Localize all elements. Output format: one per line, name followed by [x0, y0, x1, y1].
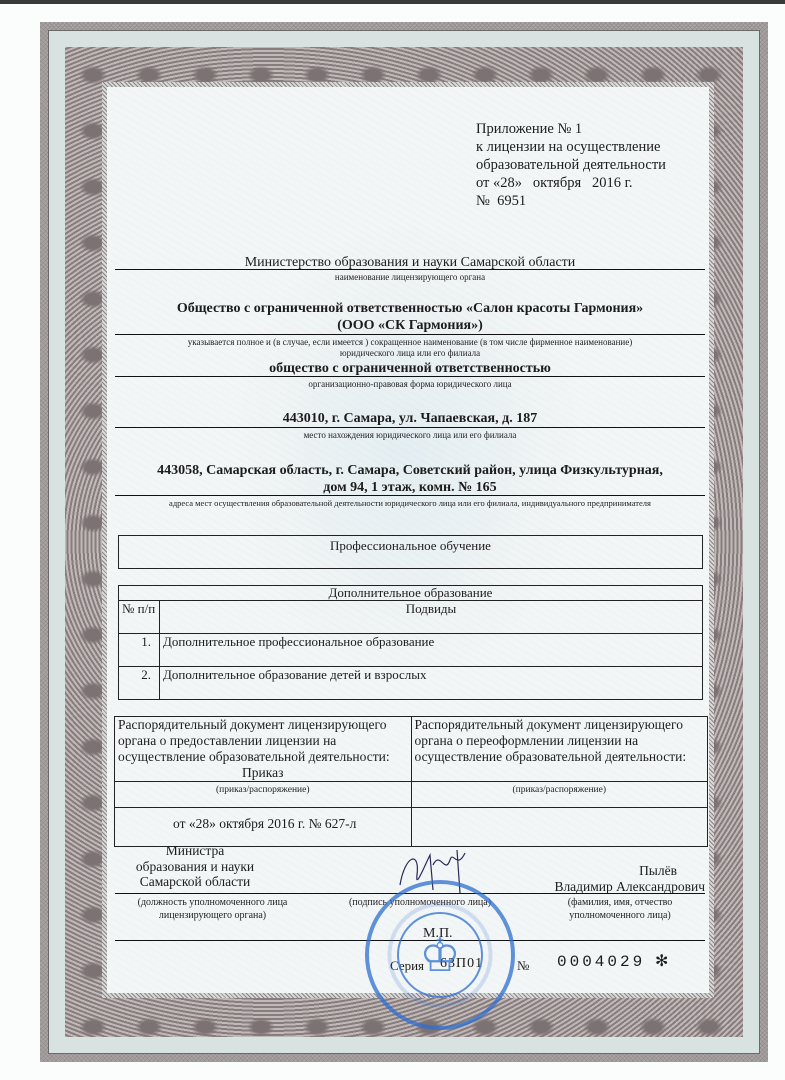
- appendix-line-2: к лицензии на осуществление: [476, 138, 696, 156]
- licensee-caption-2: юридического лица или его филиала: [115, 348, 705, 359]
- grant-order-type-caption: (приказ/распоряжение): [115, 782, 412, 808]
- reissue-order-type-caption: (приказ/распоряжение): [411, 782, 708, 808]
- column-number-header: № п/п: [119, 601, 160, 634]
- additional-education-title: Дополнительное образование: [119, 586, 703, 601]
- row-name: Дополнительное образование детей и взрос…: [160, 667, 703, 700]
- appendix-line-1: Приложение № 1: [476, 120, 696, 138]
- column-subtypes-header: Подвиды: [160, 601, 703, 634]
- asterisk-mark: ✻: [655, 953, 668, 970]
- row-name: Дополнительное профессиональное образова…: [160, 634, 703, 667]
- appendix-line-4: от «28» октября 2016 г.: [476, 174, 696, 192]
- row-number: 2.: [119, 667, 160, 700]
- professional-training-title: Профессиональное обучение: [119, 536, 703, 569]
- grant-order-date: от «28» октября 2016 г. № 627-л: [115, 808, 412, 847]
- activity-address-2: дом 94, 1 этаж, комн. № 165: [115, 479, 705, 496]
- divider: [115, 334, 705, 335]
- grant-order-header: Распорядительный документ лицензирующего…: [118, 717, 408, 765]
- location: 443010, г. Самара, ул. Чапаевская, д. 18…: [115, 410, 705, 427]
- divider: [115, 427, 705, 428]
- activity-address-caption: адреса мест осуществления образовательно…: [115, 498, 705, 509]
- position-caption: (должность уполномоченного лица лицензир…: [115, 896, 310, 922]
- activity-address-1: 443058, Самарская область, г. Самара, Со…: [115, 462, 705, 479]
- name-caption: (фамилия, имя, отчество уполномоченного …: [540, 896, 700, 922]
- position-line-1: Министра: [115, 843, 275, 859]
- licensee-caption-1: указывается полное и (в случае, если име…: [115, 337, 705, 348]
- professional-training-table: Профессиональное обучение: [118, 535, 703, 569]
- scan-edge: [0, 0, 785, 4]
- additional-education-table: Дополнительное образование № п/п Подвиды…: [118, 585, 703, 700]
- signatory-position: Министра образования и науки Самарской о…: [115, 843, 275, 890]
- position-line-2: образования и науки: [115, 859, 275, 875]
- legal-form: общество с ограниченной ответственностью: [115, 360, 705, 377]
- row-number: 1.: [119, 634, 160, 667]
- divider: [115, 376, 705, 377]
- signatory-name: Пылёв Владимир Александрович: [530, 863, 705, 894]
- orders-table: Распорядительный документ лицензирующего…: [114, 716, 708, 847]
- official-stamp: ♔: [365, 880, 515, 1030]
- position-line-3: Самарской области: [115, 874, 275, 890]
- name-line-1: Пылёв: [530, 863, 677, 879]
- appendix-line-3: образовательной деятельности: [476, 156, 696, 174]
- table-row: 2. Дополнительное образование детей и вз…: [119, 667, 703, 700]
- appendix-line-5: № 6951: [476, 192, 696, 210]
- divider: [115, 495, 705, 496]
- licensee-short-name: (ООО «СК Гармония»): [115, 317, 705, 334]
- eagle-emblem-icon: ♔: [407, 926, 473, 986]
- reissue-order-cell: Распорядительный документ лицензирующего…: [411, 717, 708, 782]
- table-row: 1. Дополнительное профессиональное образ…: [119, 634, 703, 667]
- location-caption: место нахождения юридического лица или е…: [115, 430, 705, 441]
- grant-order-cell: Распорядительный документ лицензирующего…: [115, 717, 412, 782]
- number-label: №: [517, 957, 529, 974]
- appendix-block: Приложение № 1 к лицензии на осуществлен…: [476, 120, 696, 210]
- divider: [115, 269, 705, 270]
- reissue-order-header: Распорядительный документ лицензирующего…: [415, 717, 705, 765]
- name-line-2: Владимир Александрович: [530, 879, 705, 895]
- authority-caption: наименование лицензирующего органа: [115, 272, 705, 283]
- number-value: 0004029: [557, 954, 645, 971]
- grant-order-type: Приказ: [118, 765, 408, 781]
- reissue-order-date: [411, 808, 708, 847]
- legal-form-caption: организационно-правовая форма юридическо…: [115, 379, 705, 390]
- licensee-name: Общество с ограниченной ответственностью…: [115, 300, 705, 317]
